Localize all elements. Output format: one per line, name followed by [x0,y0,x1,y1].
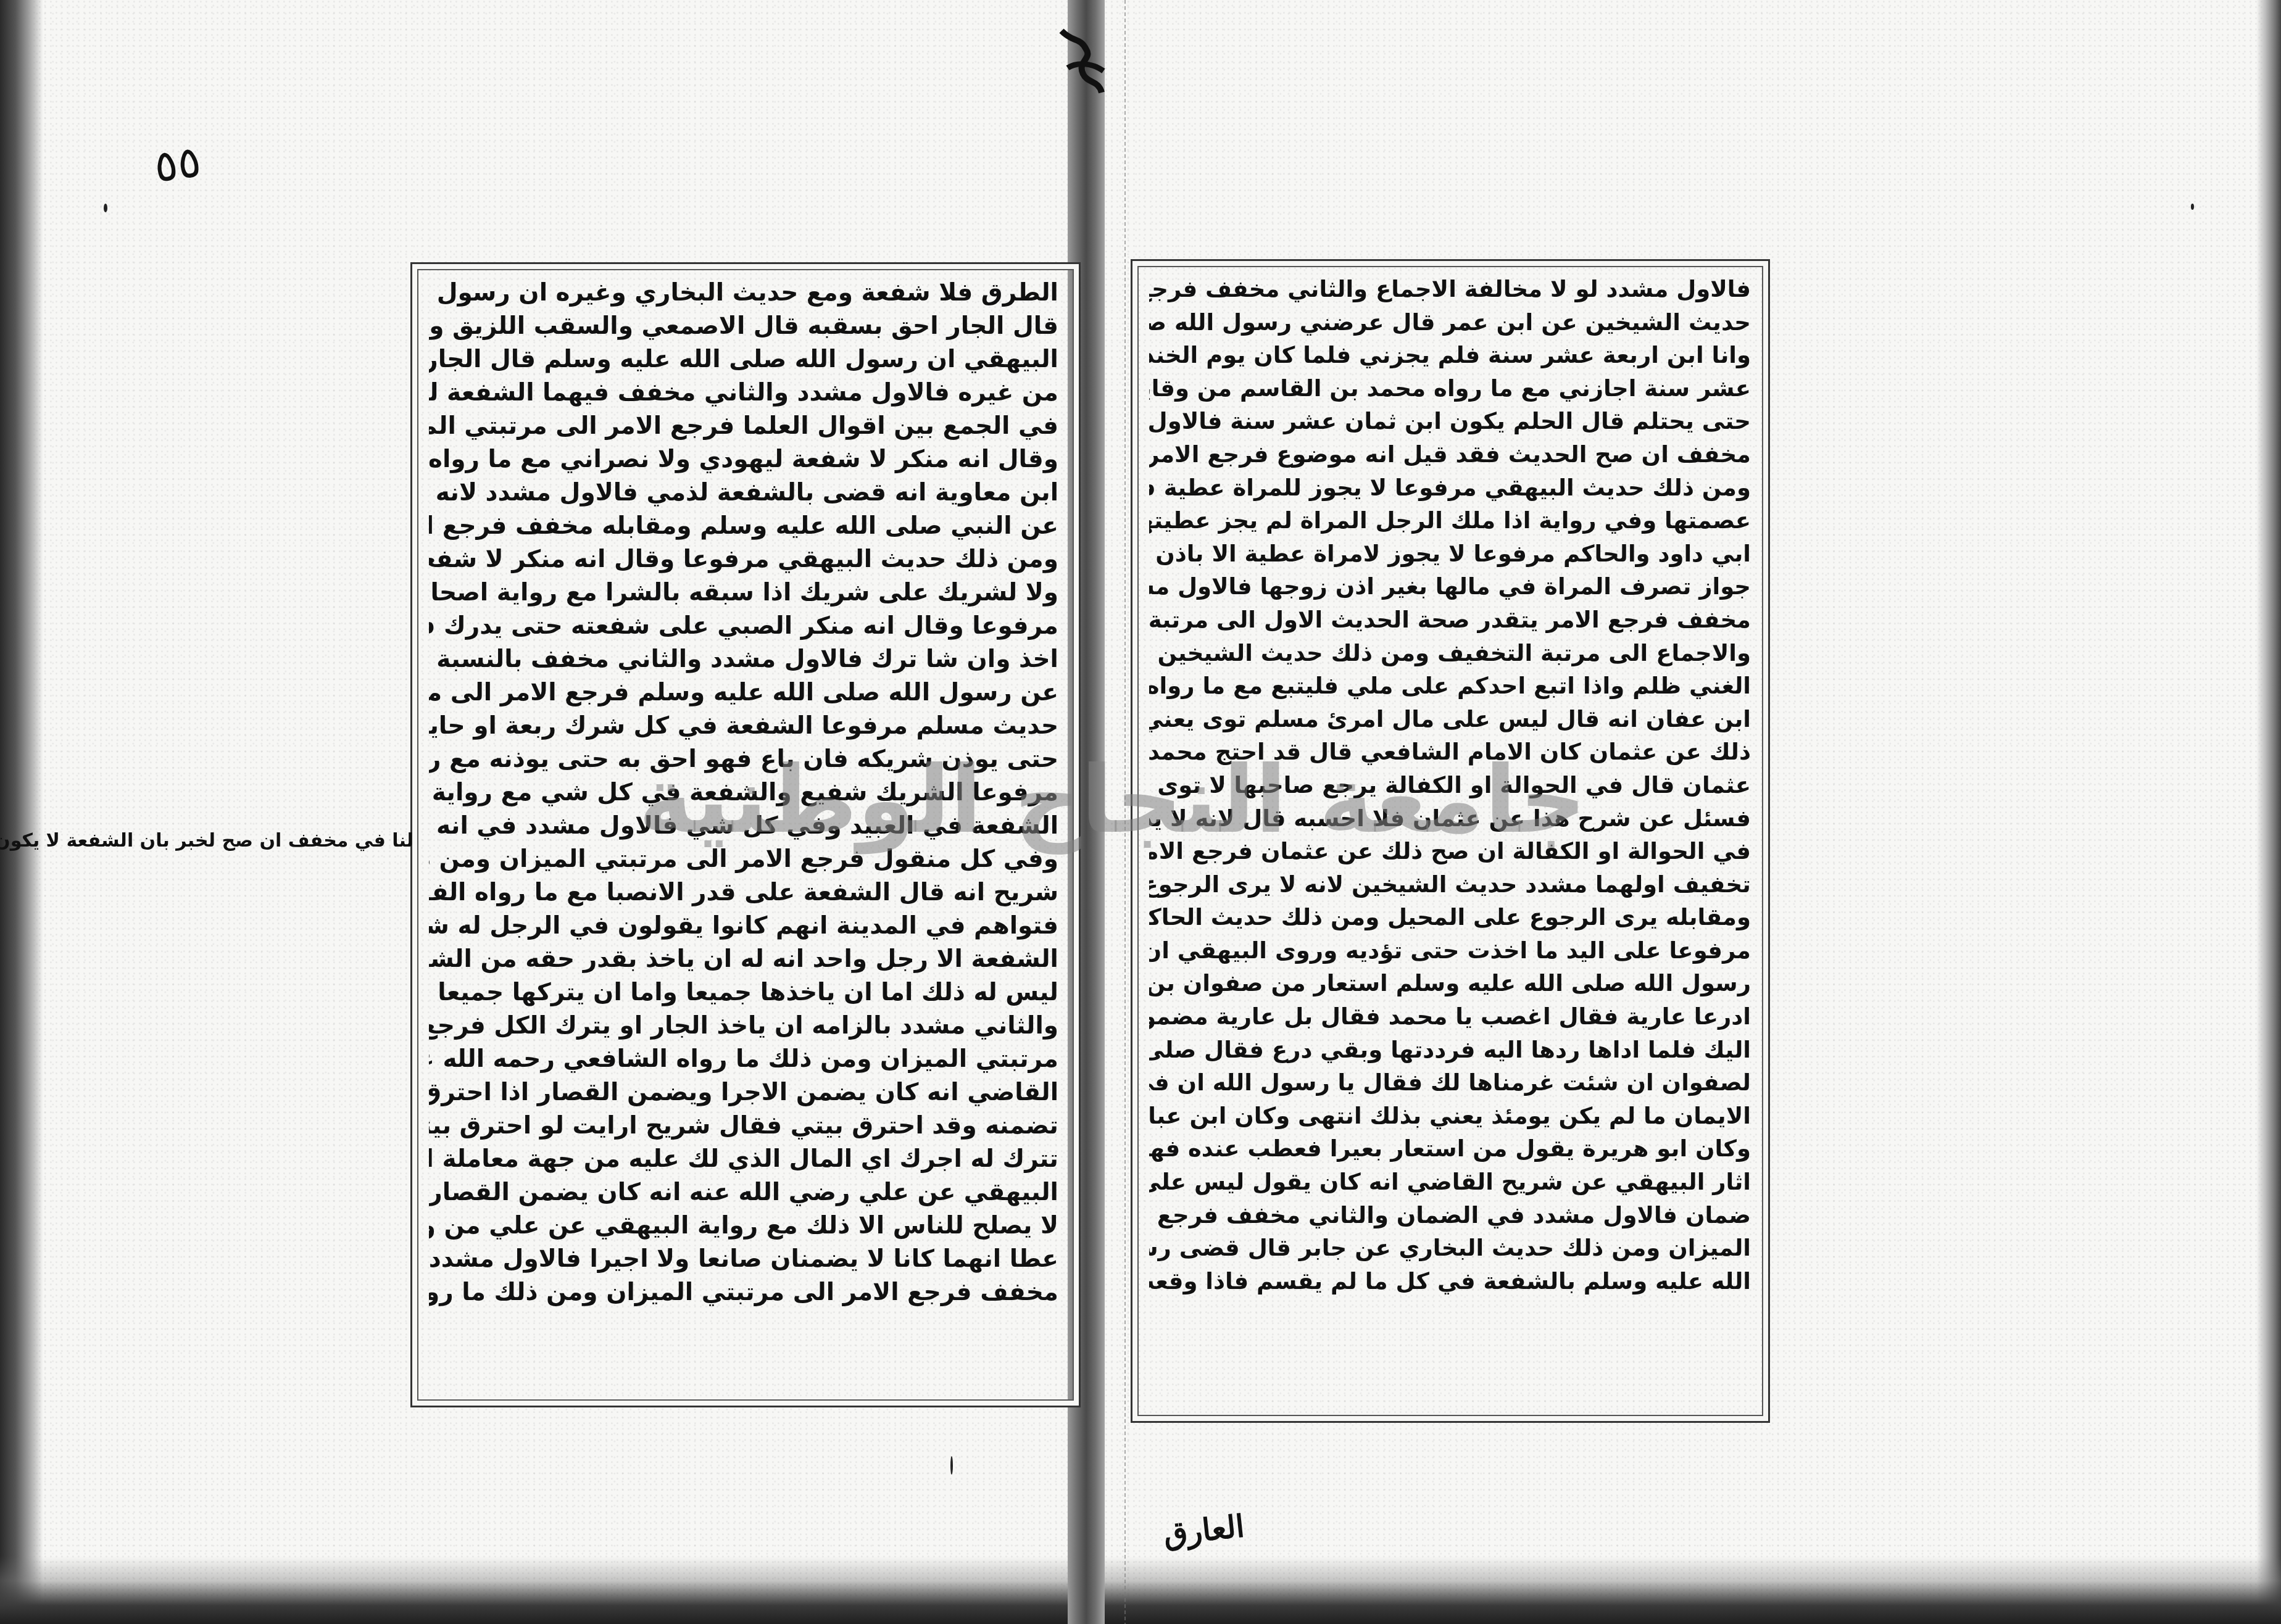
manuscript-line: ولا لشريك على شريك اذا سبقه بالشرا مع رو… [429,581,1058,614]
manuscript-line: حتى يوذن شريكه فان باع فهو احق به حتى يو… [429,747,1058,781]
manuscript-line: مرفوعا الشريك شفيع والشفعة في كل شي مع ر… [429,781,1058,814]
manuscript-line: تترك له اجرك اي المال الذي لك عليه من جه… [429,1147,1058,1180]
folio-number: ٥٥ [151,136,204,193]
manuscript-line: تخفيف اولهما مشدد حديث الشيخين لانه لا ي… [1149,873,1751,906]
manuscript-line: الميزان ومن ذلك حديث البخاري عن جابر قال… [1149,1237,1751,1270]
ink-speck [950,1456,953,1475]
manuscript-line: والاجماع الى مرتبة التخفيف ومن ذلك حديث … [1149,642,1751,675]
manuscript-line: ليس له ذلك اما ان ياخذها جميعا واما ان ي… [429,980,1058,1014]
manuscript-line: ومقابله يرى الرجوع على المحيل ومن ذلك حد… [1149,906,1751,939]
manuscript-line: البيهقي عن علي رضي الله عنه انه كان يضمن… [429,1180,1058,1214]
manuscript-line: الغني ظلم واذا اتبع احدكم على ملي فليتبع… [1149,674,1751,708]
ink-speck [104,204,107,212]
manuscript-line: اليك فلما اداها ردها اليه فرددتها وبقي د… [1149,1038,1751,1072]
manuscript-line: ومن ذلك حديث البيهقي مرفوعا لا يجوز للمر… [1149,476,1751,510]
left-binding-edge [0,0,43,1624]
manuscript-line: ذلك عن عثمان كان الامام الشافعي قال قد ا… [1149,740,1751,774]
manuscript-line: البيهقي ان رسول الله صلى الله عليه وسلم … [429,347,1058,381]
right-page-text: فالاول مشدد لو لا مخالفة الاجماع والثاني… [1149,278,1751,1303]
manuscript-line: فسئل عن شرح هذا عن عثمان فلا احسبه قال ل… [1149,807,1751,840]
manuscript-line: مخفف ان صح الحديث فقد قيل انه موضوع فرجع… [1149,443,1751,476]
manuscript-line: الشفعة في العبيد وفي كل شي فالاول مشدد ف… [429,814,1058,847]
manuscript-line: عطا انهما كانا لا يضمنان صانعا ولا اجيرا… [429,1247,1058,1280]
manuscript-line: لصفوان ان شئت غرمناها لك فقال يا رسول ال… [1149,1071,1751,1104]
manuscript-line: عثمان قال في الحوالة او الكفالة يرجع صاح… [1149,774,1751,807]
manuscript-line: حديث الشيخين عن ابن عمر قال عرضني رسول ا… [1149,311,1751,344]
manuscript-line: عشر سنة اجازني مع ما رواه محمد بن القاسم… [1149,377,1751,410]
manuscript-line: ومن ذلك حديث البيهقي مرفوعا وقال انه منك… [429,547,1058,581]
manuscript-line: في الحوالة او الكفالة ان صح ذلك عن عثمان… [1149,840,1751,873]
manuscript-line: فتواهم في المدينة انهم كانوا يقولون في ا… [429,914,1058,947]
manuscript-line: شريح انه قال الشفعة على قدر الانصبا مع م… [429,880,1058,914]
manuscript-line: الله عليه وسلم بالشفعة في كل ما لم يقسم … [1149,1270,1751,1303]
manuscript-line: وانا ابن اربعة عشر سنة فلم يجزني فلما كا… [1149,344,1751,377]
manuscript-line: عن رسول الله صلى الله عليه وسلم فرجع الا… [429,681,1058,714]
manuscript-line: ابي داود والحاكم مرفوعا لا يجوز لامراة ع… [1149,542,1751,576]
manuscript-line: قال الجار احق بسقبه قال الاصمعي والسقب ا… [429,314,1058,347]
manuscript-line: الايمان ما لم يكن يومئذ يعني بذلك انتهى … [1149,1104,1751,1138]
right-page-edge [2256,0,2281,1624]
manuscript-line: اخذ وان شا ترك فالاول مشدد والثاني مخفف … [429,647,1058,681]
manuscript-line: من غيره فالاول مشدد والثاني مخفف فيهما ا… [429,381,1058,414]
manuscript-line: في الجمع بين اقوال العلما فرجع الامر الى… [429,414,1058,447]
manuscript-line: ابن معاوية انه قضى بالشفعة لذمي فالاول م… [429,481,1058,514]
manuscript-line: تضمنه وقد احترق بيتي فقال شريح ارايت لو … [429,1114,1058,1147]
manuscript-line: الطرق فلا شفعة ومع حديث البخاري وغيره ان… [429,281,1058,314]
manuscript-line: عصمتها وفي رواية اذا ملك الرجل المراة لم… [1149,509,1751,542]
manuscript-line: مرفوعا على اليد ما اخذت حتى تؤديه وروى ا… [1149,939,1751,972]
manuscript-line: مرفوعا وقال انه منكر الصبي على شفعته حتى… [429,614,1058,647]
manuscript-line: وقال انه منكر لا شفعة ليهودي ولا نصراني … [429,447,1058,481]
manuscript-line: مخفف فرجع الامر يتقدر صحة الحديث الاول ا… [1149,608,1751,642]
manuscript-line: والثاني مشدد بالزامه ان ياخذ الجار او يت… [429,1014,1058,1047]
left-page-text: الطرق فلا شفعة ومع حديث البخاري وغيره ان… [429,281,1058,1314]
bottom-page-edge [0,1556,2281,1624]
page-fold-line [1124,0,1126,1624]
manuscript-line: وكان ابو هريرة يقول من استعار بعيرا فعطب… [1149,1137,1751,1170]
ink-speck [2191,204,2194,210]
manuscript-line: عن النبي صلى الله عليه وسلم ومقابله مخفف… [429,514,1058,547]
manuscript-line: فالاول مشدد لو لا مخالفة الاجماع والثاني… [1149,278,1751,311]
manuscript-line: وفي كل منقول فرجع الامر الى مرتبتي الميز… [429,847,1058,880]
manuscript-line: اثار البيهقي عن شريح القاضي انه كان يقول… [1149,1170,1751,1204]
manuscript-line: القاضي انه كان يضمن الاجرا ويضمن القصار … [429,1080,1058,1114]
binding-thread-icon [1049,25,1123,99]
manuscript-line: حديث مسلم مرفوعا الشفعة في كل شرك ربعة ا… [429,714,1058,747]
manuscript-line: جواز تصرف المراة في مالها بغير اذن زوجها… [1149,575,1751,608]
manuscript-line: ابن عفان انه قال ليس على مال امرئ مسلم ت… [1149,708,1751,741]
manuscript-line: مرتبتي الميزان ومن ذلك ما رواه الشافعي ر… [429,1047,1058,1080]
margin-note: لنا في مخفف ان صح لخبر بان الشفعة لا يكو… [105,830,413,851]
manuscript-line: رسول الله صلى الله عليه وسلم استعار من ص… [1149,972,1751,1005]
manuscript-line: ادرعا عارية فقال اغصب يا محمد فقال بل عا… [1149,1005,1751,1038]
manuscript-line: الشفعة الا رجل واحد انه له ان ياخذ بقدر … [429,947,1058,980]
manuscript-line: ضمان فالاول مشدد في الضمان والثاني مخفف … [1149,1204,1751,1237]
manuscript-line: حتى يحتلم قال الحلم يكون ابن ثمان عشر سن… [1149,410,1751,443]
manuscript-line: لا يصلح للناس الا ذلك مع رواية البيهقي ع… [429,1214,1058,1247]
manuscript-line: مخفف فرجع الامر الى مرتبتي الميزان ومن ذ… [429,1280,1058,1314]
